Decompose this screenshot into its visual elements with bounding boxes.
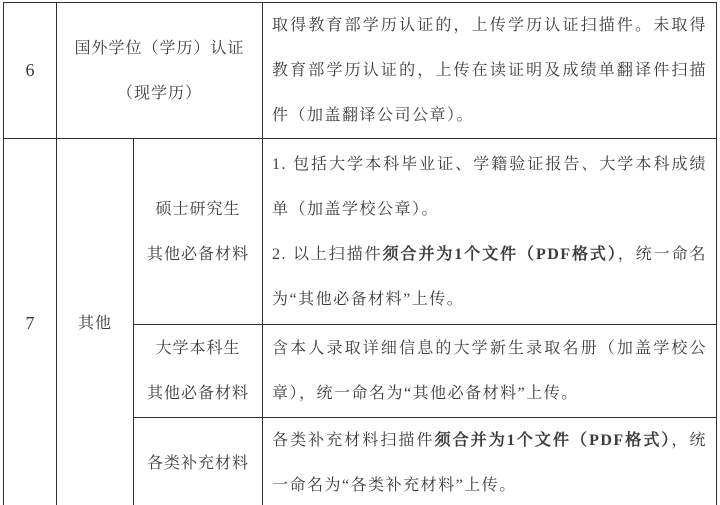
description-paragraph: 各类补充材料扫描件须合并为1个文件（PDF格式），统一命名为“各类补充材料”上传… — [272, 418, 707, 505]
description-cell: 含本人录取详细信息的大学新生录取名册（加盖学校公章），统一命名为“其他必备材料”… — [263, 325, 717, 418]
material-name-cell: 各类补充材料 — [134, 418, 263, 505]
row-number-cell: 7 — [4, 139, 57, 505]
material-name-cell: 大学本科生 其他必备材料 — [134, 325, 263, 418]
description-paragraph: 1. 包括大学本科毕业证、学籍验证报告、大学本科成绩单（加盖学校公章）。 — [272, 142, 707, 232]
table-row: 7 其他 硕士研究生 其他必备材料 1. 包括大学本科毕业证、学籍验证报告、大学… — [4, 139, 717, 325]
description-text: 各类补充材料扫描件 — [272, 432, 435, 449]
description-text: 2. 以上扫描件 — [272, 246, 383, 263]
material-name-cell: 硕士研究生 其他必备材料 — [134, 139, 263, 325]
description-paragraph: 含本人录取详细信息的大学新生录取名册（加盖学校公章），统一命名为“其他必备材料”… — [272, 326, 707, 416]
description-bold-text: 须合并为1个文件（PDF格式） — [383, 246, 618, 263]
description-paragraph: 2. 以上扫描件须合并为1个文件（PDF格式），统一命名为“其他必备材料”上传。 — [272, 232, 707, 322]
requirements-table: 6 国外学位（学历）认证 （现学历） 取得教育部学历认证的，上传学历认证扫描件。… — [3, 2, 717, 505]
description-bold-text: 须合并为1个文件（PDF格式） — [435, 432, 672, 449]
category-cell: 国外学位（学历）认证 （现学历） — [57, 3, 263, 139]
category-cell: 其他 — [57, 139, 134, 505]
description-cell: 取得教育部学历认证的，上传学历认证扫描件。未取得教育部学历认证的，上传在读证明及… — [263, 3, 717, 139]
description-paragraph: 取得教育部学历认证的，上传学历认证扫描件。未取得教育部学历认证的，上传在读证明及… — [272, 3, 707, 138]
description-cell: 各类补充材料扫描件须合并为1个文件（PDF格式），统一命名为“各类补充材料”上传… — [263, 418, 717, 505]
description-cell: 1. 包括大学本科毕业证、学籍验证报告、大学本科成绩单（加盖学校公章）。 2. … — [263, 139, 717, 325]
table-row: 6 国外学位（学历）认证 （现学历） 取得教育部学历认证的，上传学历认证扫描件。… — [4, 3, 717, 139]
row-number-cell: 6 — [4, 3, 57, 139]
